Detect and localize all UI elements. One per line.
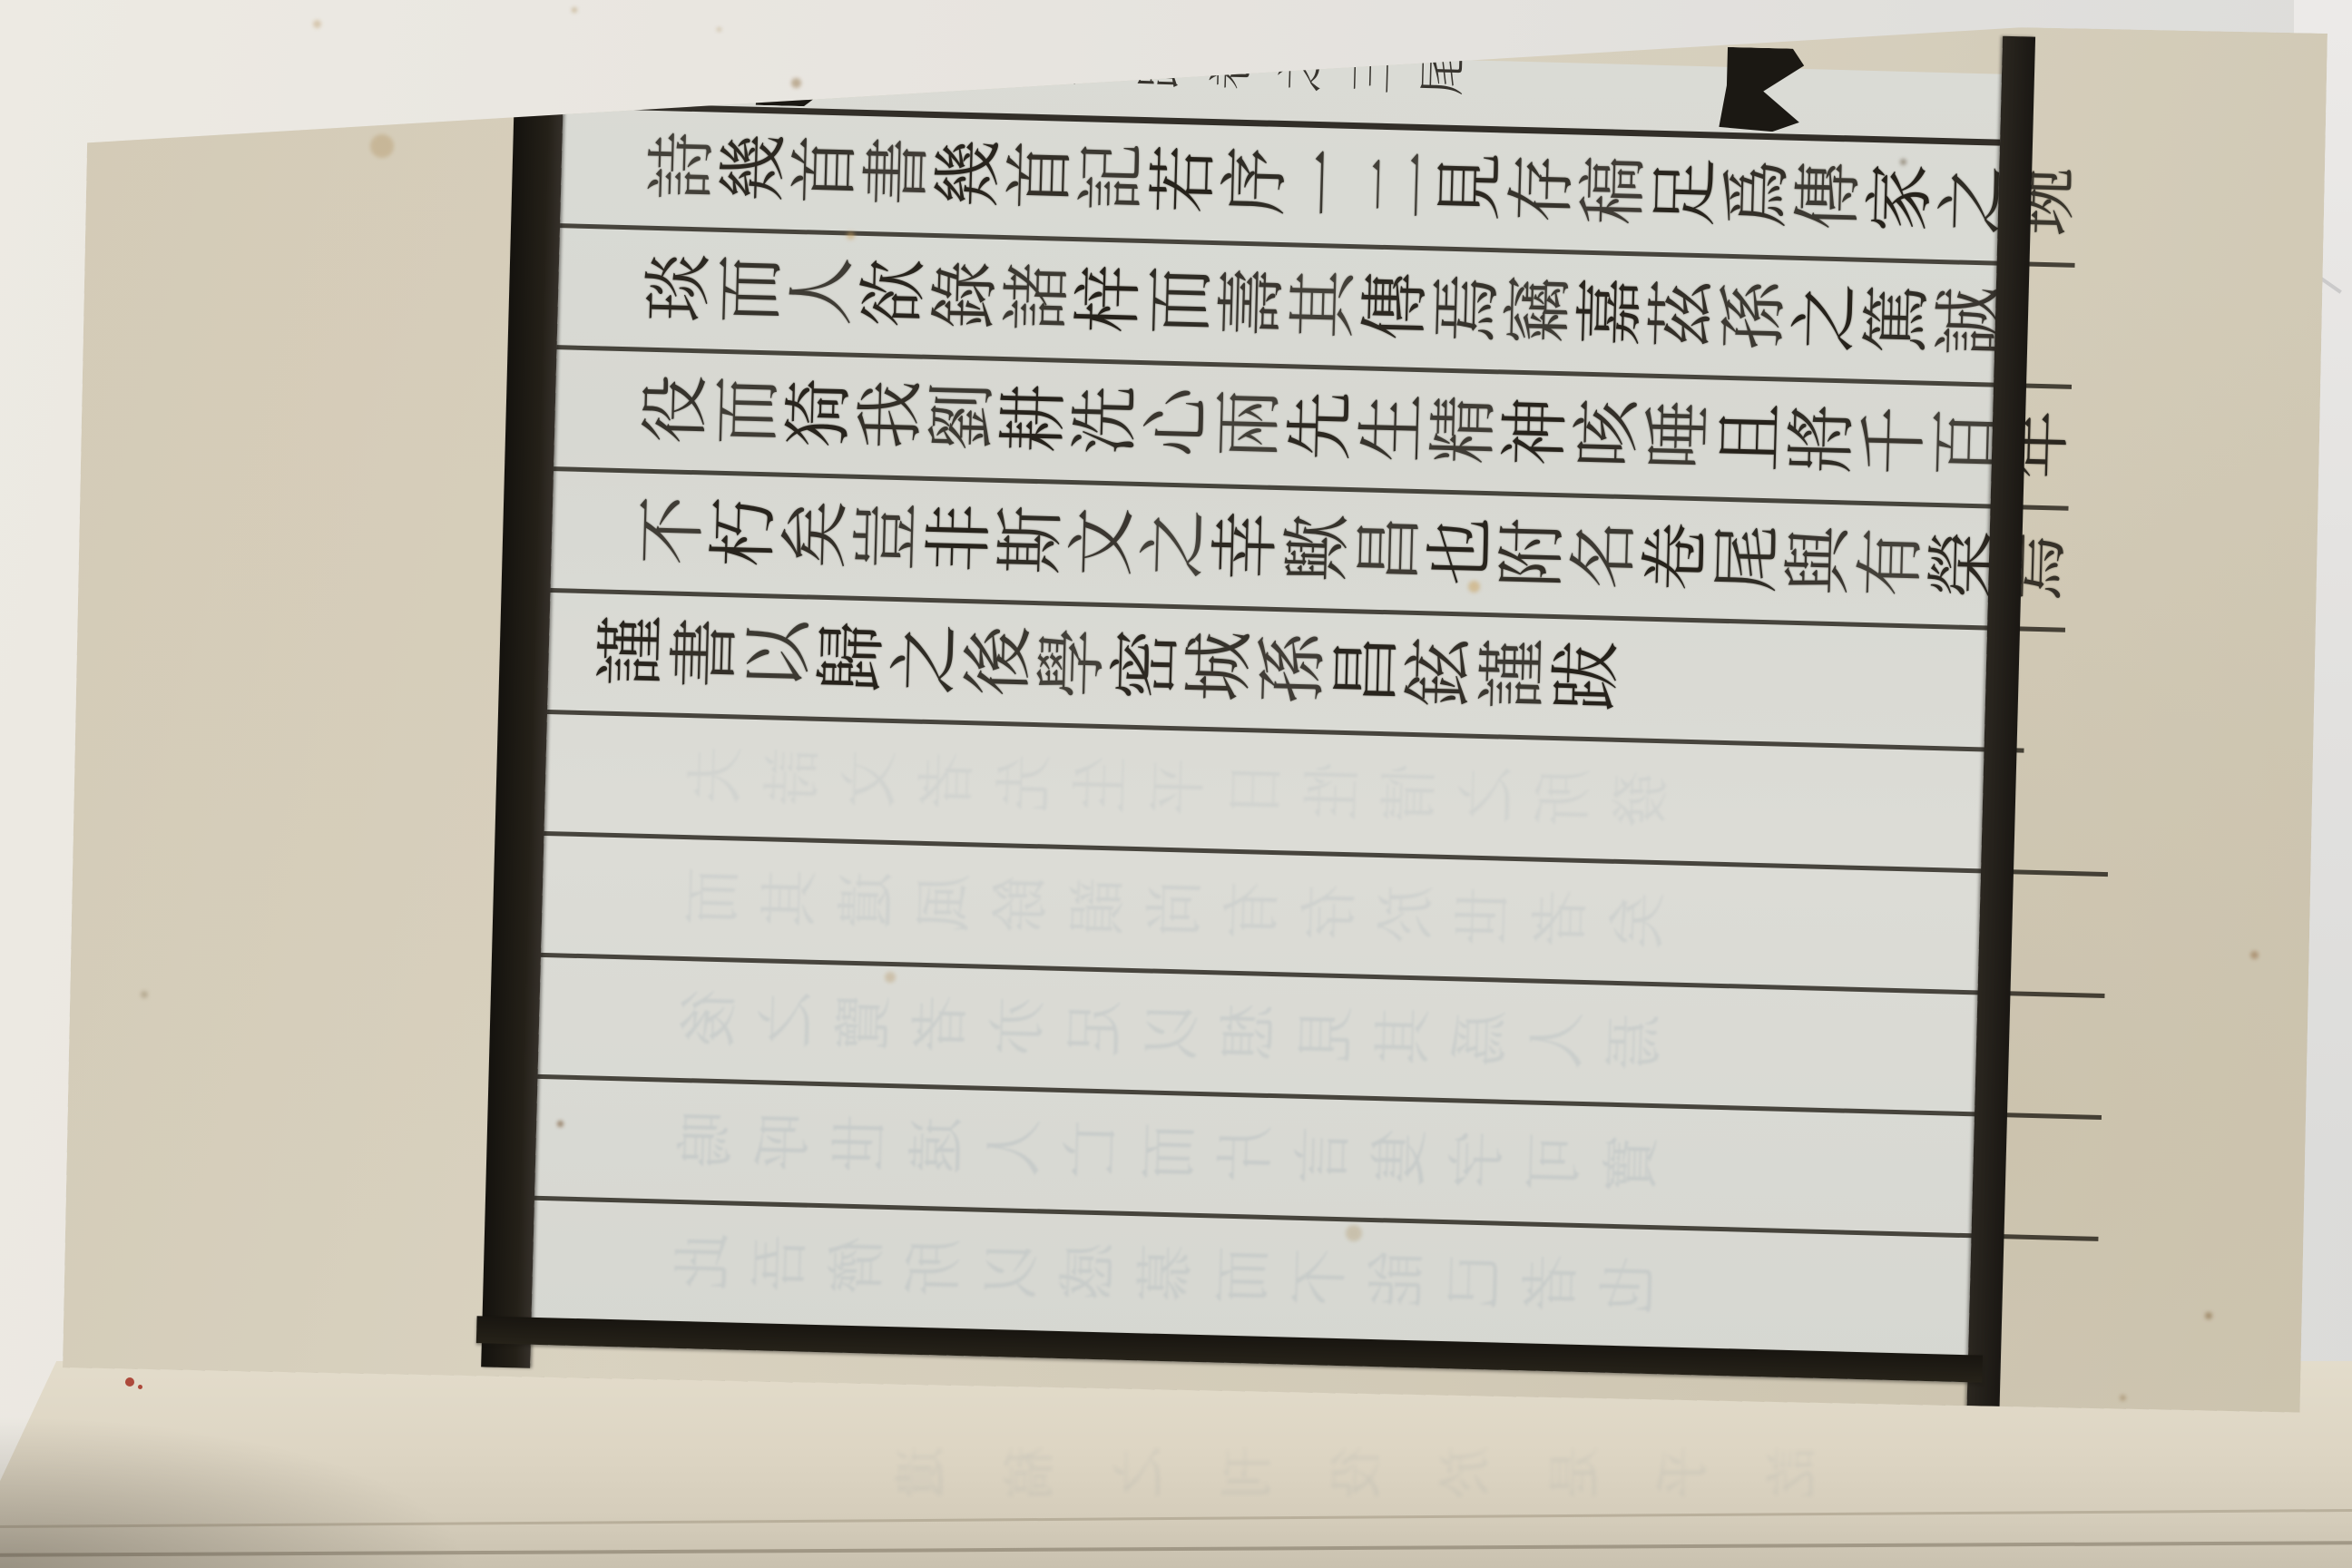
printed-character: 琬 bbox=[1977, 164, 2097, 239]
banxin-character: 尾 bbox=[1401, 35, 1475, 108]
banxin-title-text: 詩稿幾首跋卷之三尾 bbox=[836, 20, 1475, 109]
foxing-stain bbox=[313, 20, 321, 28]
foxing-stain bbox=[717, 27, 721, 32]
ghost-character: 遺 bbox=[867, 1418, 966, 1527]
foxing-stain bbox=[141, 991, 148, 998]
corner-shadow bbox=[0, 1416, 472, 1568]
fishtail-mark-icon bbox=[756, 22, 825, 107]
printed-character: 焉 bbox=[1967, 528, 2087, 603]
foxing-stain bbox=[1468, 581, 1480, 593]
foxing-stain bbox=[1900, 159, 1906, 165]
banxin-character: 首 bbox=[1047, 26, 1122, 99]
foxing-stain bbox=[2250, 951, 2259, 959]
banxin-character: 跋 bbox=[1118, 28, 1192, 101]
banxin-character: 詩 bbox=[835, 21, 909, 93]
foxing-stain bbox=[1346, 1225, 1362, 1241]
photo: 遺稿之刊役於是乎訖 詩稿幾首跋卷之三尾 詩幾首書幾首記若序一二見存稿足爲傳家之琬… bbox=[0, 0, 2352, 1568]
ghost-character: 是 bbox=[1520, 1418, 1620, 1527]
ghost-character: 也 bbox=[1564, 1245, 1682, 1325]
foxing-stain bbox=[885, 972, 896, 983]
foxing-stain bbox=[557, 1121, 563, 1127]
printed-character: 年 bbox=[1971, 407, 2091, 481]
print-frame: 詩稿幾首跋卷之三尾 詩幾首書幾首記若序一二見存稿足爲傳家之琬琰而人欲錄諸梓而壽其… bbox=[481, 35, 2035, 1422]
ghost-character: 於 bbox=[1411, 1418, 1511, 1527]
banxin-character: 稿 bbox=[906, 23, 980, 95]
ghost-character: 矣 bbox=[1574, 880, 1692, 960]
ghost-character: 乎 bbox=[1629, 1418, 1729, 1527]
foxing-stain bbox=[2205, 1312, 2212, 1319]
under-leaf-ghost-text: 遺稿之刊役於是乎訖 bbox=[862, 1423, 1842, 1523]
banxin-character: 之 bbox=[1259, 32, 1334, 104]
page-paper: 詩稿幾首跋卷之三尾 詩幾首書幾首記若序一二見存稿足爲傳家之琬琰而人欲錄諸梓而壽其… bbox=[63, 0, 2327, 1413]
foxing-stain bbox=[791, 78, 801, 88]
foxing-stain bbox=[370, 134, 394, 158]
red-ink-mark bbox=[125, 1377, 134, 1387]
banxin-character: 三 bbox=[1330, 34, 1405, 106]
foxing-stain bbox=[2120, 1395, 2126, 1401]
ghost-character: 發 bbox=[1577, 759, 1695, 838]
ghost-character: 之 bbox=[1084, 1418, 1184, 1527]
ghost-character: 焉 bbox=[1571, 1002, 1689, 1082]
ghost-character: 寶 bbox=[1568, 1123, 1686, 1203]
banxin-character: 幾 bbox=[976, 24, 1051, 97]
printed-character: 跋 bbox=[1521, 638, 1641, 714]
ghost-character: 刊 bbox=[1193, 1418, 1293, 1527]
ghost-character: 役 bbox=[1302, 1418, 1402, 1527]
banxin-character: 卷 bbox=[1189, 30, 1263, 103]
ghost-character: 稿 bbox=[975, 1418, 1075, 1527]
foxing-stain bbox=[847, 231, 855, 240]
foxing-stain bbox=[572, 7, 577, 13]
fishtail-mark-icon bbox=[1719, 47, 1804, 132]
ghost-character: 訖 bbox=[1738, 1418, 1837, 1527]
red-ink-mark bbox=[138, 1385, 142, 1389]
